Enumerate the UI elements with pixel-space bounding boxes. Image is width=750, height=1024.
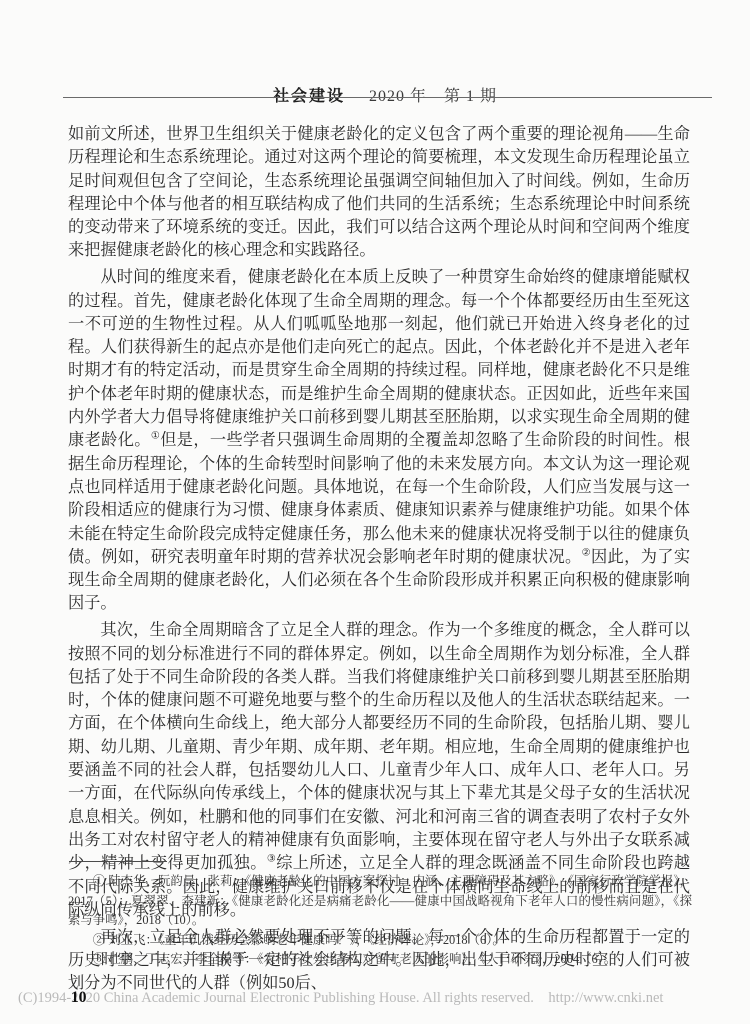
- page-header: 社会建设2020 年 第 1 期: [0, 65, 750, 124]
- article-body: 如前文所述，世界卫生组织关于健康老龄化的定义包含了两个重要的理论视角——生命历程…: [68, 123, 690, 995]
- copyright-watermark: (C)1994-2020 China Academic Journal Elec…: [18, 990, 663, 1007]
- page-number: 10: [71, 989, 87, 1007]
- footnote-ref: ①: [151, 431, 160, 442]
- journal-page: 社会建设2020 年 第 1 期 如前文所述，世界卫生组织关于健康老龄化的定义包…: [0, 0, 750, 1024]
- header-rule: [63, 97, 712, 98]
- footnote-item: ③ 杜鹏、丁志宏、李全棉等：《农村子女外出务工对留守老人的影响》，《人口研究》，…: [68, 950, 692, 970]
- footnote-ref: ②: [582, 547, 591, 558]
- footnote-item: ② 刘亚飞：《童年饥饿经历会影响老年健康吗？》，《经济评论》，2018（6）。: [68, 931, 692, 951]
- footnotes: ① 陆杰华、阮韵晨、张莉：《健康老龄化的中国方案探讨：内涵、主要障碍及其方略》，…: [68, 872, 692, 970]
- article-paragraph: 如前文所述，世界卫生组织关于健康老龄化的定义包含了两个重要的理论视角——生命历程…: [68, 123, 690, 263]
- footnote-item: ① 陆杰华、阮韵晨、张莉：《健康老龄化的中国方案探讨：内涵、主要障碍及其方略》，…: [68, 872, 692, 931]
- footnote-ref: ③: [267, 854, 276, 865]
- article-paragraph: 从时间的维度来看，健康老龄化在本质上反映了一种贯穿生命始终的健康增能赋权的过程。…: [68, 266, 690, 615]
- footnote-divider: [69, 861, 167, 862]
